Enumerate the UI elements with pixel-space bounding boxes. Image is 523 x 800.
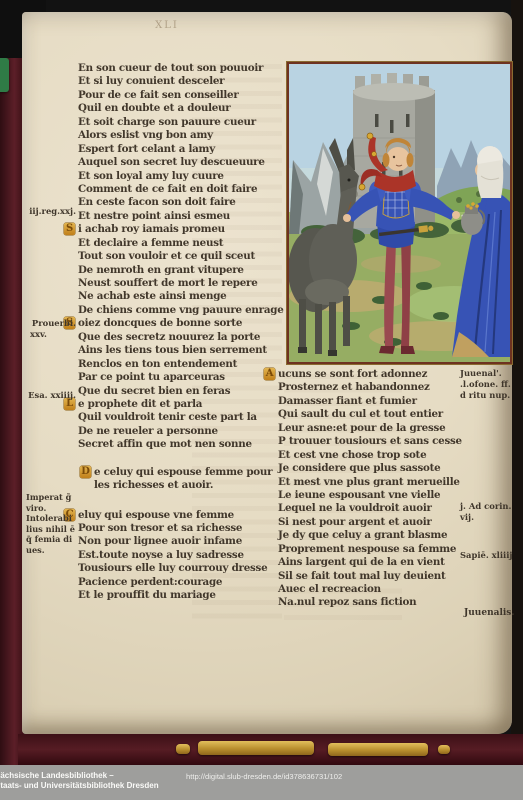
text-line-content: De ne reueler a personne [78, 425, 218, 437]
miniature-illustration [287, 62, 512, 364]
margin-note-line: q̄ femia di [26, 534, 80, 545]
text-line-content: Lequel ne la vouldroit auoir [278, 502, 432, 514]
text-line: Tousiours elle luy courrouy dresse [78, 562, 288, 575]
illuminated-initial: S [64, 223, 75, 235]
text-line-content: oiez doncques de bonne sorte [78, 317, 242, 329]
text-line: Ains les tiens tous bien serrement [78, 344, 288, 357]
margin-note-imperat: Imperat g̃viro.Intolerabilius nihil ēq̄ … [26, 492, 80, 556]
text-line: Le ieune espousant vne vielle [278, 489, 476, 502]
text-line-content: Na.nul repoz sans fiction [278, 596, 416, 608]
text-line: Lequel ne la vouldroit auoir [278, 502, 476, 515]
text-line: Proprement nespouse sa femme [278, 543, 476, 556]
margin-note-juvenal: Juuenal'. [460, 368, 502, 378]
text-line-content: Comment de ce fait en doit faire [78, 183, 257, 195]
margin-note-lex: .l.ofone. ff. [460, 379, 511, 389]
text-line-content: Si nest pour argent et auoir [278, 516, 432, 528]
text-line: De chiens comme vng pauure enrage [78, 304, 288, 317]
text-line-content: e celuy qui espouse femme pour [94, 466, 272, 478]
text-line: Et declaire a femme neust [78, 237, 288, 250]
text-line-content: De nemroth en grant vitupere [78, 264, 244, 276]
text-line: Que des secretz nouurez la porte [78, 331, 288, 344]
text-line-content: Proprement nespouse sa femme [278, 543, 456, 555]
text-line: P trouuer tousiours et sans cesse [278, 435, 476, 448]
text-line: Et mest vne plus grant merueille [278, 476, 476, 489]
margin-note-juvenalis: Juuenalis. [464, 608, 514, 618]
digitized-manuscript-photo: XLI En son cueur de tout son pouuoirEt s… [0, 0, 523, 800]
text-line: Et cest vne chose trop sote [278, 449, 476, 462]
text-line: Par ce point tu aparceuras [78, 371, 288, 384]
margin-note-line: Intolerabi [26, 513, 80, 524]
text-line-content: Quil vouldroit tenir ceste part la [78, 411, 257, 423]
text-line: Je considere que plus sassote [278, 462, 476, 475]
left-text-column: En son cueur de tout son pouuoirEt si lu… [78, 62, 288, 603]
text-line: Celuy qui espouse vne femme [78, 509, 288, 522]
text-line-content: les richesses et auoir. [94, 479, 213, 491]
margin-note-kings: iij.reg.xxj. [26, 206, 76, 216]
text-line: Auquel son secret luy descueuure [78, 156, 288, 169]
margin-note-line: lius nihil ē [26, 524, 80, 535]
text-line: Non pour lignee auoir infame [78, 535, 288, 548]
margin-note-isaiah: Esa. xxiiij. [24, 390, 76, 400]
text-line-content: Neust souffert de mort le repere [78, 277, 258, 289]
text-line: Pour de ce fait sen conseiller [78, 89, 288, 102]
text-line-content: Que des secretz nouurez la porte [78, 331, 260, 343]
text-line: Pacience perdent:courage [78, 576, 288, 589]
gilt-clasp [176, 744, 190, 754]
bookmark-tab [0, 58, 9, 92]
text-line-content: Et si luy conuient desceler [78, 75, 224, 87]
text-line-content: Est.toute noyse a luy sadresse [78, 549, 244, 561]
text-line-content: Et mest vne plus grant merueille [278, 476, 460, 488]
text-line-content: Secret affin que mot nen sonne [78, 438, 252, 450]
text-line: Et nestre point ainsi esmeu [78, 210, 288, 223]
folio-number: XLI [112, 20, 222, 31]
text-line-content: ucuns se sont fort adonnez [278, 368, 427, 380]
text-line: Aucuns se sont fort adonnez [278, 368, 476, 381]
text-line-content: Renclos en ton entendement [78, 358, 237, 370]
text-line-content: Et declaire a femme neust [78, 237, 223, 249]
text-line: Et si luy conuient desceler [78, 75, 288, 88]
text-line: Pour son tresor et sa richesse [78, 522, 288, 535]
text-line-content: Leur asne:et pour de la gresse [278, 422, 445, 434]
text-line: Quil en doubte et a douleur [78, 102, 288, 115]
margin-note-proverbs-chapter: xxv. [30, 329, 47, 339]
text-line: Sil se fait tout mal luy deuient [278, 570, 476, 583]
text-line-content: Ne achab este ainsi menge [78, 290, 226, 302]
text-line: Auec el recreacion [278, 583, 476, 596]
text-line-content: Pacience perdent:courage [78, 576, 222, 588]
text-line: Et le prouffit du mariage [78, 589, 288, 602]
margin-note-corinthians: j. Ad corin. [460, 501, 511, 511]
text-line: Alors eslist vng bon amy [78, 129, 288, 142]
text-line-content: Auec el recreacion [278, 583, 381, 595]
text-line-content: Qui sault du cul et tout entier [278, 408, 443, 420]
text-line: En son cueur de tout son pouuoir [78, 62, 288, 75]
text-line-content: Alors eslist vng bon amy [78, 129, 213, 141]
text-line-content: eluy qui espouse vne femme [78, 509, 234, 521]
text-line: De nemroth en grant vitupere [78, 264, 288, 277]
text-line-content: Damasser fiant et fumier [278, 395, 417, 407]
margin-note-line: Imperat g̃ [26, 492, 80, 503]
source-url: http://digital.slub-dresden.de/id3786367… [186, 772, 342, 781]
text-line-content: P trouuer tousiours et sans cesse [278, 435, 462, 447]
library-name-line1: Sächsische Landesbibliothek – [0, 771, 159, 781]
text-line-content: Je dy que celuy a grant blasme [278, 529, 447, 541]
text-line: Tout son vouloir et ce quil sceut [78, 250, 288, 263]
text-line-content: Par ce point tu aparceuras [78, 371, 225, 383]
text-line-content: De chiens comme vng pauure enrage [78, 304, 284, 316]
margin-note-sapientia: Sapiē. xliiij [460, 550, 512, 560]
margin-note-ritu-nup: d ritu nup. [460, 390, 510, 400]
text-line: Que du secret bien en feras [78, 385, 288, 398]
text-line: Ne achab este ainsi menge [78, 290, 288, 303]
text-line-content: Et le prouffit du mariage [78, 589, 216, 601]
text-line-content: e prophete dit et parla [78, 398, 202, 410]
margin-note-corinthians-chapter: vij. [460, 512, 474, 522]
text-line: les richesses et auoir. [94, 479, 288, 492]
text-line: Espert fort celant a lamy [78, 143, 288, 156]
text-line: De celuy qui espouse femme pour [94, 466, 288, 479]
text-line: Et son loyal amy luy cuure [78, 170, 288, 183]
margin-note-line: viro. [26, 503, 80, 514]
text-line: Damasser fiant et fumier [278, 395, 476, 408]
book-binding [0, 10, 24, 765]
page-curve-shadow [511, 0, 523, 765]
text-line-content: Non pour lignee auoir infame [78, 535, 242, 547]
right-text-column: Aucuns se sont fort adonnezProsternez et… [278, 368, 476, 610]
library-name: Sächsische Landesbibliothek – Staats- un… [0, 771, 159, 791]
text-line-content: Pour son tresor et sa richesse [78, 522, 242, 534]
text-line: Ains largent qui de la en vient [278, 556, 476, 569]
text-line-content: Tout son vouloir et ce quil sceut [78, 250, 255, 262]
library-name-line2: Staats- und Universitätsbibliothek Dresd… [0, 781, 159, 791]
text-line-content: Prosternez et habandonnez [278, 381, 430, 393]
text-line-content: Ains les tiens tous bien serrement [78, 344, 267, 356]
text-line: Le prophete dit et parla [78, 398, 288, 411]
text-line: Soiez doncques de bonne sorte [78, 317, 288, 330]
text-line-content: Et cest vne chose trop sote [278, 449, 426, 461]
text-line: Prosternez et habandonnez [278, 381, 476, 394]
text-line-content: Ains largent qui de la en vient [278, 556, 445, 568]
text-line-content: i achab roy iamais promeu [78, 223, 225, 235]
text-line: Je dy que celuy a grant blasme [278, 529, 476, 542]
text-line-content: Et nestre point ainsi esmeu [78, 210, 230, 222]
text-line-content: Et soit charge son pauure cueur [78, 116, 256, 128]
text-line-content: Sil se fait tout mal luy deuient [278, 570, 446, 582]
text-line-content: Auquel son secret luy descueuure [78, 156, 265, 168]
text-line-content: Tousiours elle luy courrouy dresse [78, 562, 267, 574]
text-line: Quil vouldroit tenir ceste part la [78, 411, 288, 424]
manuscript-page: XLI En son cueur de tout son pouuoirEt s… [22, 12, 512, 734]
footer-bar: Sächsische Landesbibliothek – Staats- un… [0, 765, 523, 800]
text-line: Comment de ce fait en doit faire [78, 183, 288, 196]
illuminated-initial: A [264, 368, 275, 380]
margin-note-proverbs: Prouerbi. [26, 318, 76, 328]
text-line: Na.nul repoz sans fiction [278, 596, 476, 609]
gilt-clasp [438, 745, 450, 754]
text-line-content: Espert fort celant a lamy [78, 143, 215, 155]
text-line-content: Pour de ce fait sen conseiller [78, 89, 239, 101]
text-line: Neust souffert de mort le repere [78, 277, 288, 290]
margin-note-line: ues. [26, 545, 80, 556]
book-bottom-edge [18, 734, 523, 765]
gilt-clasp [328, 743, 428, 756]
illuminated-initial: D [80, 466, 91, 478]
text-line: De ne reueler a personne [78, 425, 288, 438]
text-line: Qui sault du cul et tout entier [278, 408, 476, 421]
text-line: Secret affin que mot nen sonne [78, 438, 288, 451]
text-line: Est.toute noyse a luy sadresse [78, 549, 288, 562]
text-line: Et soit charge son pauure cueur [78, 116, 288, 129]
text-line: Leur asne:et pour de la gresse [278, 422, 476, 435]
text-line-content: Je considere que plus sassote [278, 462, 440, 474]
text-line: En ceste facon son doit faire [78, 196, 288, 209]
text-line-content: En ceste facon son doit faire [78, 196, 236, 208]
text-line-content: Le ieune espousant vne vielle [278, 489, 440, 501]
text-line-content: Que du secret bien en feras [78, 385, 230, 397]
miniature-scene [289, 64, 510, 362]
text-line-content: Quil en doubte et a douleur [78, 102, 230, 114]
text-line: Si nest pour argent et auoir [278, 516, 476, 529]
text-line-content: Et son loyal amy luy cuure [78, 170, 224, 182]
gilt-clasp [198, 741, 314, 755]
text-line-content: En son cueur de tout son pouuoir [78, 62, 263, 74]
text-line: Si achab roy iamais promeu [78, 223, 288, 236]
text-line: Renclos en ton entendement [78, 358, 288, 371]
photo-background-top [0, 0, 523, 12]
